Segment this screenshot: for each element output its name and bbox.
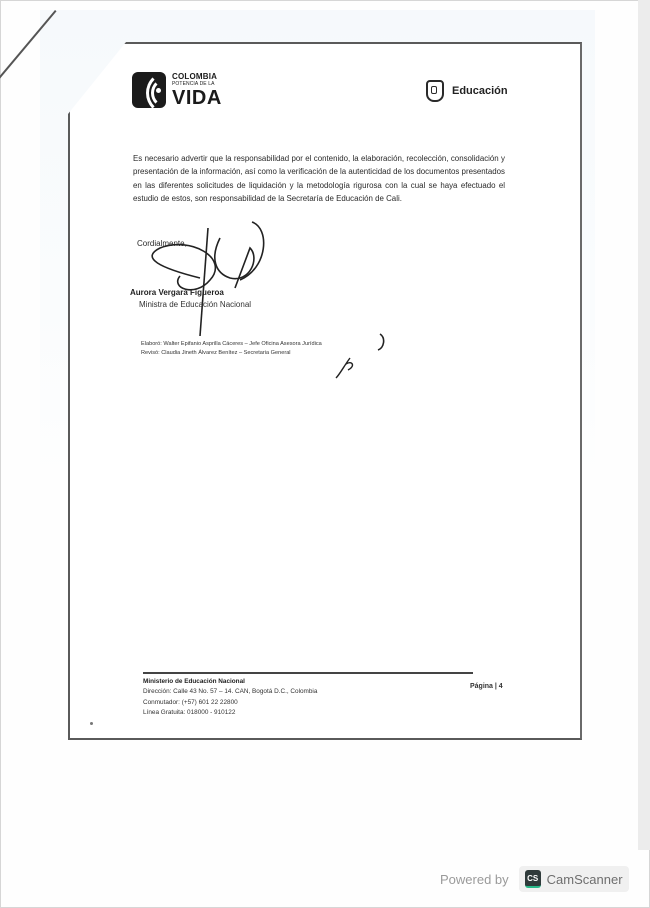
education-logo: Educación: [426, 80, 508, 102]
credit-drafted-by: Elaboró: Walter Epifanio Asprilla Cácere…: [141, 340, 322, 349]
page-footer: Ministerio de Educación Nacional Direcci…: [143, 677, 317, 718]
signer-role: Ministra de Educación Nacional: [139, 300, 251, 309]
camscanner-label: CamScanner: [547, 872, 623, 887]
logo-line-2: POTENCIA DE LA: [172, 82, 222, 87]
footer-address: Dirección: Calle 43 No. 57 – 14. CAN, Bo…: [143, 687, 317, 697]
colombia-potencia-vida-logo: COLOMBIA POTENCIA DE LA VIDA: [132, 72, 222, 108]
footer-divider: [143, 672, 473, 674]
handwritten-signature: [140, 218, 280, 338]
reviewer-initials: [330, 330, 390, 380]
footer-switchboard: Conmutador: (+57) 601 22 22800: [143, 698, 317, 708]
footer-org: Ministerio de Educación Nacional: [143, 677, 317, 687]
scrollbar-track[interactable]: [638, 0, 650, 850]
document-page: [68, 42, 582, 740]
camscanner-icon: CS: [525, 870, 541, 888]
powered-by-label: Powered by: [440, 872, 509, 887]
footer-toll-free: Línea Gratuita: 018000 - 910122: [143, 708, 317, 718]
education-label: Educación: [452, 85, 508, 97]
page-number: Página | 4: [470, 683, 503, 690]
signal-waves-icon: [132, 72, 166, 108]
camscanner-watermark: Powered by CS CamScanner: [440, 866, 629, 892]
disclaimer-paragraph: Es necesario advertir que la responsabil…: [133, 152, 505, 205]
logo-line-3: VIDA: [172, 88, 222, 108]
logo-wordmark: COLOMBIA POTENCIA DE LA VIDA: [172, 73, 222, 108]
credit-reviewed-by: Revisó: Claudia Jineth Álvarez Benítez –…: [141, 349, 322, 358]
drafting-credits: Elaboró: Walter Epifanio Asprilla Cácere…: [141, 340, 322, 358]
signer-name: Aurora Vergara Figueroa: [130, 288, 224, 297]
coat-of-arms-icon: [426, 80, 444, 102]
camscanner-badge[interactable]: CS CamScanner: [519, 866, 629, 892]
closing-salutation: Cordialmente,: [137, 239, 187, 248]
logo-line-1: COLOMBIA: [172, 73, 222, 81]
scan-speck: [90, 722, 93, 725]
